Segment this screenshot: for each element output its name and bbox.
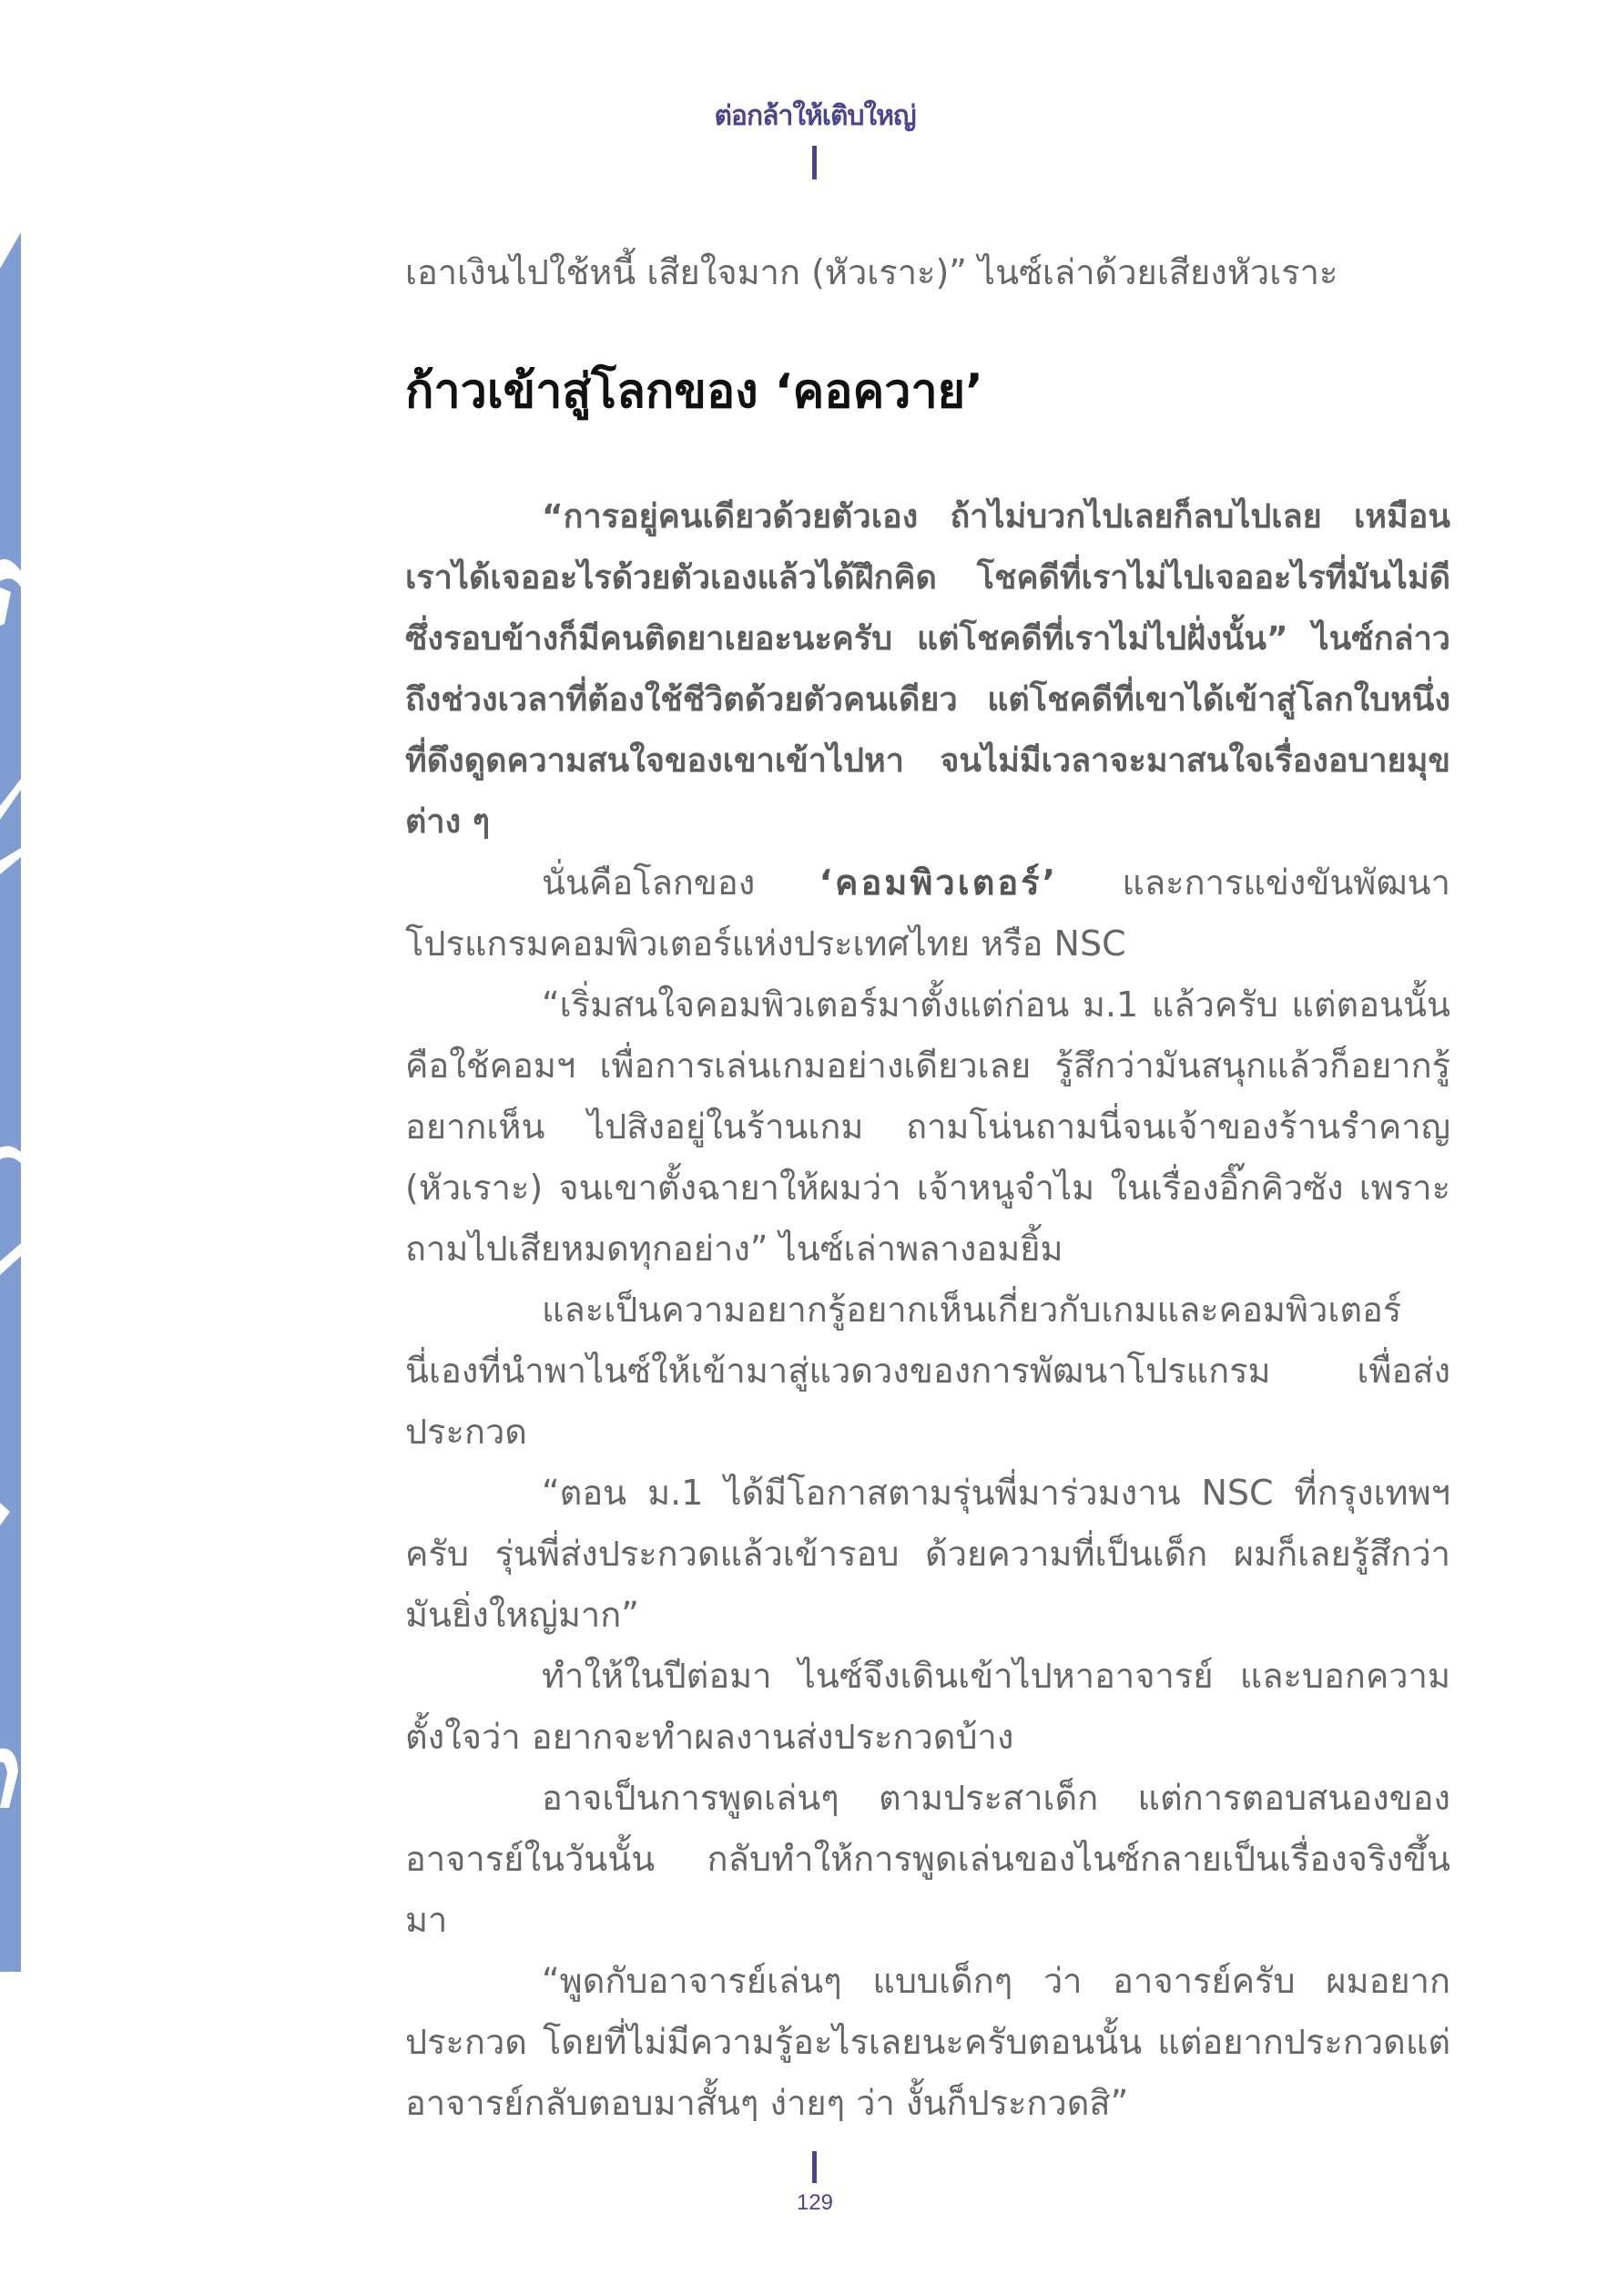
body-paragraph: “เริ่มสนใจคอมพิวเตอร์มาตั้งแต่ก่อน ม.1 แ… [405, 975, 1450, 1280]
running-header-title: ต่อกล้าให้เติบใหญ่ [0, 95, 1597, 138]
decorative-side-strip [0, 232, 21, 1972]
paragraph-computer-world: นั่นคือโลกของ ‘คอมพิวเตอร์’ และการแข่งขั… [405, 852, 1450, 975]
footer-divider-bar [812, 2151, 817, 2183]
body-paragraph: และเป็นความอยากรู้อยากเห็นเกี่ยวกับเกมแล… [405, 1280, 1450, 1463]
body-paragraph: ทำให้ในปีต่อมา ไนซ์จึงเดินเข้าไปหาอาจารย… [405, 1646, 1450, 1768]
page-number: 129 [0, 2190, 1597, 2216]
paragraph-text: นั่นคือโลกของ [542, 862, 819, 903]
body-paragraph: อาจเป็นการพูดเล่นๆ ตามประสาเด็ก แต่การตอ… [405, 1768, 1450, 1951]
article-column: เอาเงินไปใช้หนี้ เสียใจมาก (หัวเราะ)” ไน… [405, 242, 1450, 2134]
body-paragraph: “พูดกับอาจารย์เล่นๆ แบบเด็กๆ ว่า อาจารย์… [405, 1951, 1450, 2134]
header-divider-bar [812, 146, 817, 179]
bold-quote-paragraph: “การอยู่คนเดียวด้วยตัวเอง ถ้าไม่บวกไปเลย… [405, 486, 1450, 852]
emphasized-word: ‘คอมพิวเตอร์’ [819, 862, 1058, 903]
continued-paragraph: เอาเงินไปใช้หนี้ เสียใจมาก (หัวเราะ)” ไน… [405, 242, 1450, 303]
body-paragraph: “ตอน ม.1 ได้มีโอกาสตามรุ่นพี่มาร่วมงาน N… [405, 1463, 1450, 1646]
side-strip-letterforms-icon [0, 232, 21, 1972]
section-heading: ก้าวเข้าสู่โลกของ ‘คอควาย’ [405, 362, 1450, 423]
